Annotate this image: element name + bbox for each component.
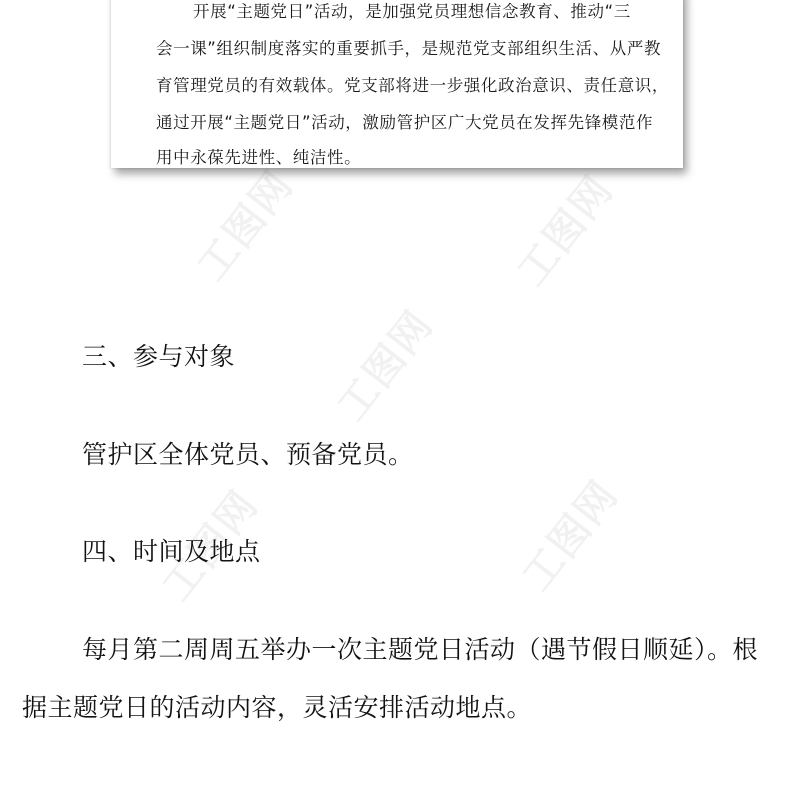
section-body-participants: 管护区全体党员、预备党员。 — [82, 440, 414, 470]
watermark: 工图网 — [507, 466, 629, 600]
section-heading-time-location: 四、时间及地点 — [82, 537, 261, 567]
watermark: 工图网 — [182, 156, 304, 290]
card-paragraph-line: 育管理党员的有效载体。党支部将进一步强化政治意识、责任意识， — [156, 76, 669, 96]
quote-card: 开展“主题党日”活动，是加强党员理想信念教育、推动“三 会一课”组织制度落实的重… — [111, 0, 683, 168]
card-paragraph-line: 通过开展“主题党日”活动，激励管护区广大党员在发挥先锋模范作 — [156, 113, 653, 133]
section-heading-participants: 三、参与对象 — [82, 342, 235, 372]
card-paragraph-line: 开展“主题党日”活动，是加强党员理想信念教育、推动“三 — [193, 2, 631, 22]
card-paragraph-line: 会一课”组织制度落实的重要抓手，是规范党支部组织生活、从严教 — [156, 39, 661, 59]
watermark: 工图网 — [322, 296, 444, 430]
card-paragraph-line: 用中永葆先进性、纯洁性。 — [156, 148, 361, 168]
section-body-time-location: 据主题党日的活动内容，灵活安排活动地点。 — [22, 693, 532, 723]
watermark: 工图网 — [502, 161, 624, 295]
section-body-time-location: 每月第二周周五举办一次主题党日活动（遇节假日顺延）。根 — [82, 635, 758, 665]
